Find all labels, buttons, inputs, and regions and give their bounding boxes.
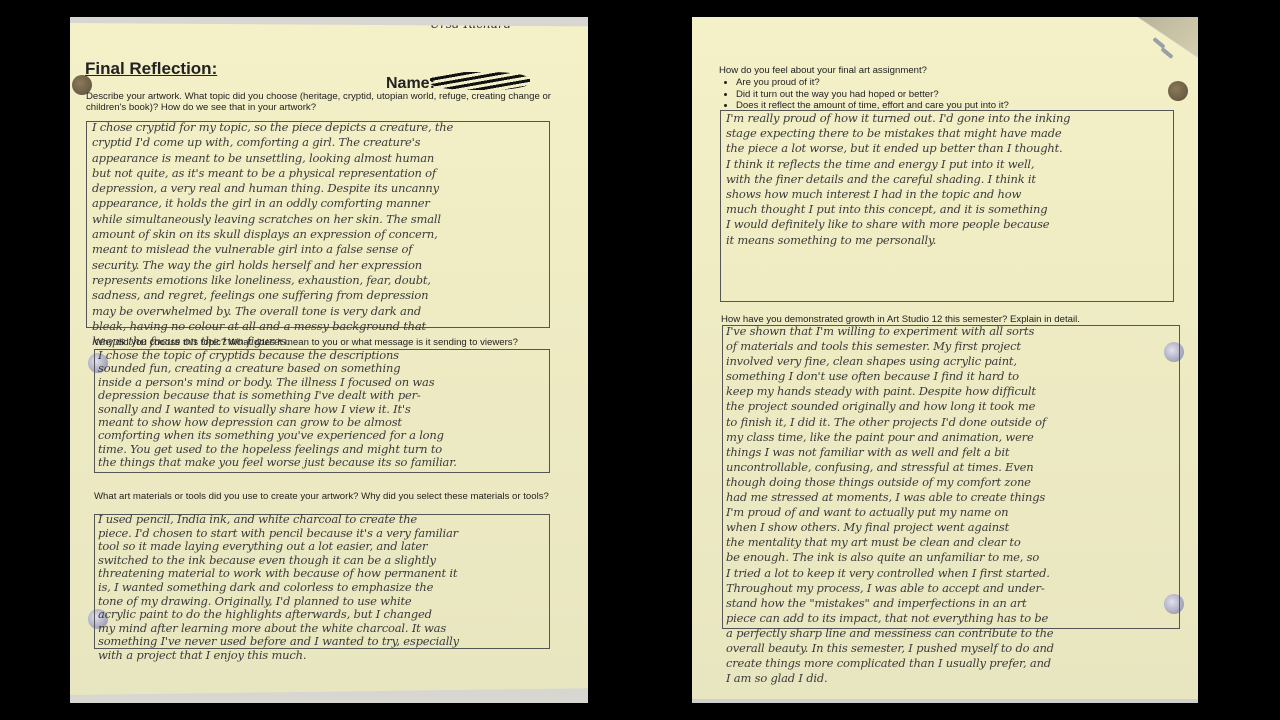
question-3-prompt: What art materials or tools did you use … xyxy=(94,491,564,502)
reflection-sheet-page-2: How do you feel about your final art ass… xyxy=(692,17,1198,699)
redacted-name-scribble xyxy=(430,72,530,90)
reflection-sheet-page-1: Ursd Richard Final Reflection: Name: Des… xyxy=(70,23,588,695)
question-2-answer: I chose the topic of cryptids because th… xyxy=(98,349,568,470)
question-1-answer: I chose cryptid for my topic, so the pie… xyxy=(92,120,562,349)
staple xyxy=(1160,47,1173,59)
bullet-item: Did it turn out the way you had hoped or… xyxy=(736,89,1176,101)
question-4-prompt: How do you feel about your final art ass… xyxy=(719,65,1159,76)
question-4-answer: I'm really proud of how it turned out. I… xyxy=(726,111,1176,248)
left-page-photo: Ursd Richard Final Reflection: Name: Des… xyxy=(70,17,588,703)
question-1-prompt: Describe your artwork. What topic did yo… xyxy=(86,91,556,113)
bullet-item: Are you proud of it? xyxy=(736,77,1176,89)
question-3-answer: I used pencil, India ink, and white char… xyxy=(98,513,568,663)
teacher-note: Ursd Richard xyxy=(430,17,511,31)
page-title: Final Reflection: xyxy=(85,59,217,79)
right-page-photo: How do you feel about your final art ass… xyxy=(692,17,1198,703)
question-4-bullets: Are you proud of it? Did it turn out the… xyxy=(708,77,1176,112)
question-2-prompt: Why did you choose this topic? What does… xyxy=(94,337,564,348)
question-5-answer: I've shown that I'm willing to experimen… xyxy=(726,324,1186,686)
